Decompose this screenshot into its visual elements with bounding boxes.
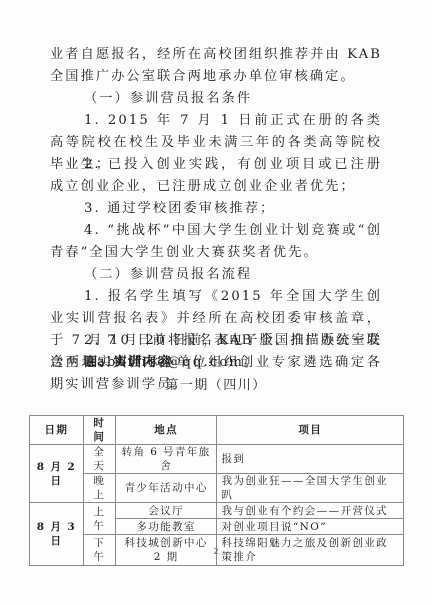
cell-item: 我与创业有个约会——开营仪式 (217, 503, 404, 519)
cell-item: 对创业项目说“NO” (217, 519, 404, 535)
cell-date: 8 月 3 日 (30, 503, 84, 566)
section-heading-registration-process: （二）参训营员报名流程 (50, 264, 382, 286)
page-number: 2 (0, 547, 432, 556)
schedule-table: 日期 时间 地点 项目 8 月 2 日 全天 转角 6 号青年旅舍 报到 晚上 … (29, 415, 404, 566)
cell-location: 多功能教室 (115, 519, 217, 535)
cell-time: 全天 (83, 445, 115, 474)
header-item: 项目 (217, 416, 404, 445)
cell-time: 上午 (83, 503, 115, 535)
section-heading-registration-conditions: （一）参训营员报名条件 (50, 88, 382, 110)
condition-item-2: 2. 已投入创业实践，有创业项目或已注册成立创业企业，已注册成立创业企业者优先； (50, 154, 382, 198)
cell-date: 8 月 2 日 (30, 445, 84, 503)
paragraph-continuation: 业者自愿报名，经所在高校团组织推荐并由 KAB 全国推广办公室联合两地承办单位审… (50, 44, 382, 88)
table-row: 8 月 2 日 全天 转角 6 号青年旅舍 报到 (30, 445, 404, 474)
cell-location: 转角 6 号青年旅舍 (115, 445, 217, 474)
table-header-row: 日期 时间 地点 项目 (30, 416, 404, 445)
condition-item-4: 4. “挑战杯”中国大学生创业计划竞赛或“创青春”全国大学生创业大赛获奖者优先。 (50, 220, 382, 264)
period-title: 第一期（四川） (0, 376, 432, 396)
header-location: 地点 (115, 416, 217, 445)
cell-location: 青少年活动中心 (115, 474, 217, 503)
section-heading-training-content: 四、实训内容 (50, 352, 382, 374)
condition-item-3: 3. 通过学校团委审核推荐； (50, 198, 382, 220)
document-page: 业者自愿报名，经所在高校团组织推荐并由 KAB 全国推广办公室联合两地承办单位审… (0, 0, 432, 604)
cell-time: 晚上 (83, 474, 115, 503)
header-time: 时间 (83, 416, 115, 445)
table-row: 8 月 3 日 上午 会议厅 我与创业有个约会——开营仪式 (30, 503, 404, 519)
cell-location: 会议厅 (115, 503, 217, 519)
cell-item: 我为创业狂——全国大学生创业趴 (217, 474, 404, 503)
table-row: 晚上 青少年活动中心 我为创业狂——全国大学生创业趴 (30, 474, 404, 503)
cell-item: 报到 (217, 445, 404, 474)
header-date: 日期 (30, 416, 84, 445)
